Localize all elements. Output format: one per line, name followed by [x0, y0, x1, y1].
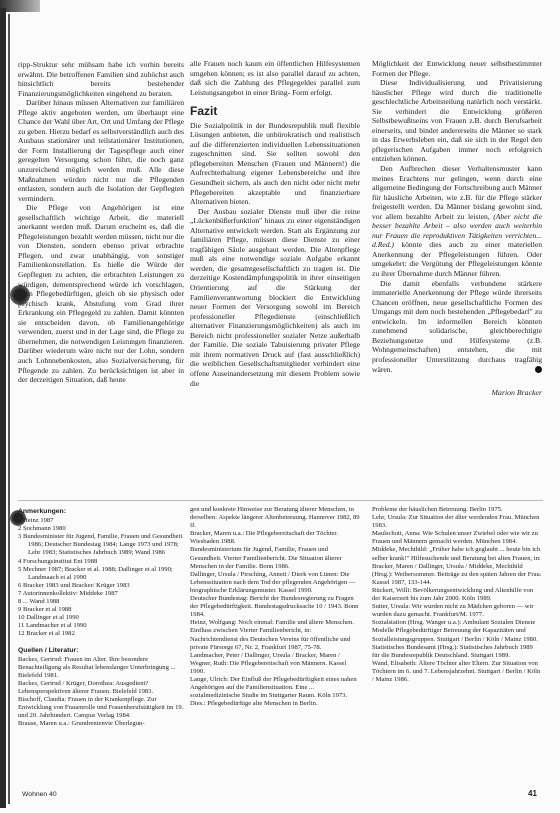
- article-column-3: Möglichkeit der Entwicklung neuer selbst…: [372, 59, 542, 398]
- literature-entry: Heinz, Wolfgang: Noch einmal: Familie un…: [190, 619, 360, 651]
- literature-entry: Maulschott, Anna: Wie Schulen unser Zwie…: [372, 530, 542, 546]
- literature-heading: Quellen / Literatur:: [18, 647, 184, 655]
- paragraph: Der Ausbau sozialer Dienste muß über die…: [190, 207, 360, 388]
- binding-edge: [0, 8, 6, 808]
- paragraph: Darüber hinaus müssen Alternativen zur f…: [18, 98, 184, 203]
- paragraph: Die Sozialpolitik in der Bundesrepublik …: [190, 121, 360, 207]
- literature-entry: Probleme der häuslichen Betreuung. Berli…: [372, 506, 542, 514]
- page-shadow: [0, 0, 40, 12]
- paragraph: Die Pflege von Angehörigen ist eine gese…: [18, 203, 184, 384]
- section-heading-fazit: Fazit: [190, 107, 360, 117]
- paragraph: Diese Individualisierung und Privatisier…: [372, 78, 542, 164]
- paragraph: Möglichkeit der Entwicklung neuer selbst…: [372, 59, 542, 78]
- literature-entry: Statistisches Bundesamt (Hrsg.): Statist…: [372, 644, 542, 660]
- footnote: 7 Autorinnenkollektiv: Middeke 1987: [18, 590, 184, 598]
- literature-entry: Middeke, Mechthild: „Früher habe ich geg…: [372, 546, 542, 586]
- literature-entry: Brause, Maren u.a.: Grundrentenvie Überl…: [18, 720, 184, 728]
- literature-entry: Bracker, Maren u.a.: Die Pflegebereitsch…: [190, 530, 360, 546]
- literature-entry: Lehr, Ursula: Zur Situation der älter we…: [372, 514, 542, 530]
- literature-entry: Wand, Elisabeth: Ältere Töchter alter El…: [372, 660, 542, 684]
- literature-entry: Sozialstation (Hrsg. Wanger u.a.): Ambul…: [372, 619, 542, 643]
- running-footer: Wohnen 40: [22, 791, 57, 798]
- footnote: 9 Bracker et al 1988: [18, 606, 184, 614]
- footnote: 12 Bracker et al 1982: [18, 630, 184, 638]
- literature-entry: Rückert, Willi: Bevölkerungsentwicklung …: [372, 587, 542, 603]
- paragraph: ripp-Struktur sehr mühsam habe ich vorhi…: [18, 60, 184, 98]
- page-number: 41: [528, 789, 537, 798]
- notes-column-1: Anmerkungen: 1 Heinz 1987 2 Sochmann 198…: [18, 508, 184, 728]
- literature-entry: Backes, Gertrud: Frauen im Alter. Ihre b…: [18, 656, 184, 680]
- footnote-list: 1 Heinz 1987 2 Sochmann 1980 3 Bundesmin…: [18, 517, 184, 638]
- paragraph: Den Aufbrechen dieser Verhaltensmuster k…: [372, 164, 542, 279]
- paragraph-text: könnte dies auch zu einer materiellen An…: [372, 240, 542, 278]
- literature-entry: Deutscher Bundestag: Bericht der Bundesr…: [190, 595, 360, 619]
- literature-entry: Dallinger, Ursula / Pirsching, Annett / …: [190, 571, 360, 595]
- footnote: 4 Forschungsinstitut Ent 1988: [18, 558, 184, 566]
- paragraph: alle Frauen noch kaum ein öffentlichen H…: [190, 59, 360, 97]
- article-column-2: alle Frauen noch kaum ein öffentlichen H…: [190, 59, 360, 388]
- binding-line: [8, 14, 10, 804]
- footnote: 2 Sochmann 1980: [18, 525, 184, 533]
- literature-entry: Landmacher, Peter / Dallinger, Ursula / …: [190, 652, 360, 676]
- literature-entry: gen und konkrete Hinweise zur Beratung ä…: [190, 506, 360, 530]
- end-of-article-bullet-icon: [535, 366, 542, 373]
- notes-heading: Anmerkungen:: [18, 508, 184, 516]
- paragraph-text: Die damit ebenfalls verbundene stärkere …: [372, 279, 542, 374]
- article-column-1: ripp-Struktur sehr mühsam habe ich vorhi…: [18, 60, 184, 385]
- literature-entry: Backes, Gertrud / Krüger, Dorothea: Ausg…: [18, 680, 184, 696]
- footnote: 10 Dallinger et al 1990: [18, 614, 184, 622]
- footnote: 3 Bundesminister für Jugend, Familie, Fr…: [18, 533, 184, 557]
- notes-column-3: Probleme der häuslichen Betreuung. Berli…: [372, 506, 542, 684]
- footnote: 11 Landmacher et al 1990: [18, 622, 184, 630]
- literature-entry: Bundesministerium für Jugend, Familie, F…: [190, 546, 360, 570]
- notes-column-2: gen und konkrete Hinweise zur Beratung ä…: [190, 506, 360, 708]
- literature-entry: Dies.: Pflegebedürftige alte Menschen in…: [190, 700, 360, 708]
- footnote: 5 Mechner 1987; Bracker et al. 1988; Dal…: [18, 566, 184, 582]
- literature-entry: Bischoff, Claudia: Frauen in der Kranken…: [18, 696, 184, 720]
- literature-entry: Lange, Ulrich: Der Einfluß der Pflegebed…: [190, 676, 360, 700]
- literature-entry: Sutter, Ursula: Wir wurden nicht zu Mädc…: [372, 603, 542, 619]
- footnote: 6 Bracker 1983 und Bracker/ Krüger 1983: [18, 582, 184, 590]
- divider: [18, 500, 543, 501]
- author-signature: Marion Bracker: [372, 388, 542, 398]
- footnote: 1 Heinz 1987: [18, 517, 184, 525]
- footnote: 8 ... Wand 1988: [18, 598, 184, 606]
- paragraph: Die damit ebenfalls verbundene stärkere …: [372, 279, 542, 374]
